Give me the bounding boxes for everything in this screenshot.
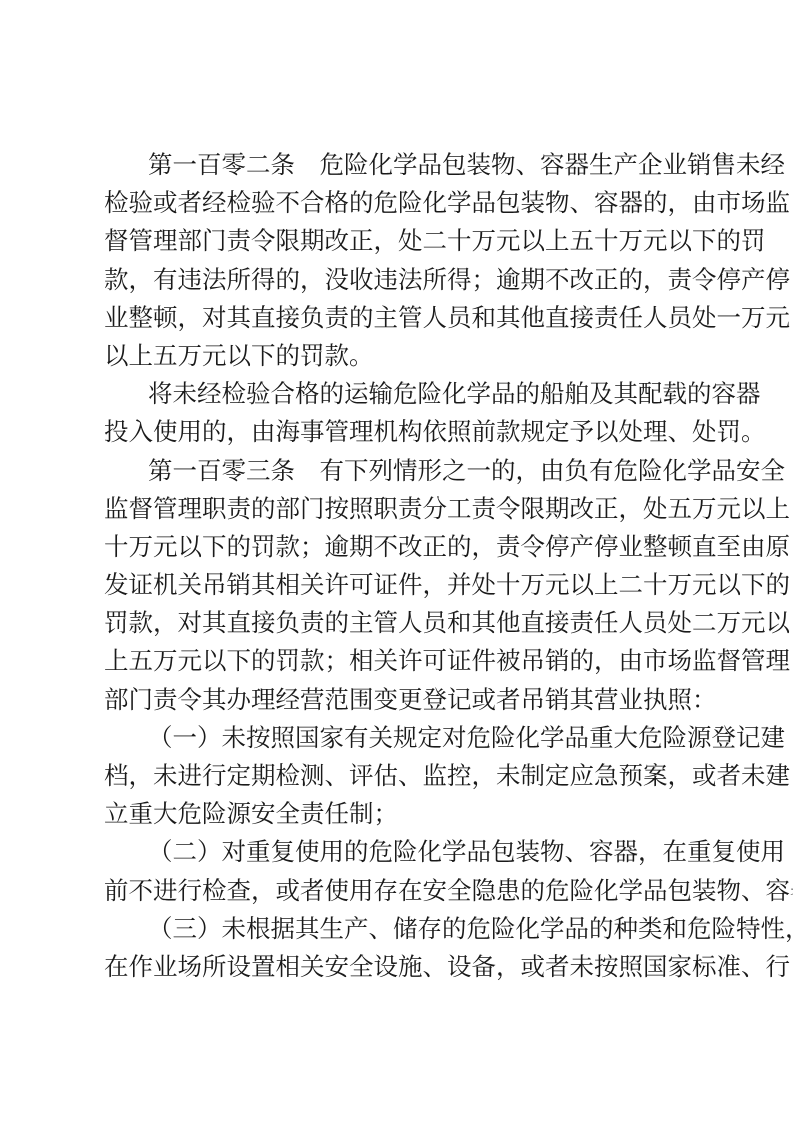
text-line: 发证机关吊销其相关许可证件，并处十万元以上二十万元以下的 — [104, 566, 692, 604]
text-line: 前不进行检查，或者使用存在安全隐患的危险化学品包装物、容器； — [104, 872, 692, 910]
text-line: 业整顿，对其直接负责的主管人员和其他直接责任人员处一万元 — [104, 299, 692, 337]
text-line: 第一百零三条 有下列情形之一的，由负有危险化学品安全 — [104, 452, 692, 490]
text-line: （三）未根据其生产、储存的危险化学品的种类和危险特性， — [104, 910, 692, 948]
text-line: （二）对重复使用的危险化学品包装物、容器，在重复使用 — [104, 833, 692, 871]
list-item-1: （一）未按照国家有关规定对危险化学品重大危险源登记建 档，未进行定期检测、评估、… — [104, 719, 692, 834]
paragraph-article-102-clause-2: 将未经检验合格的运输危险化学品的船舶及其配载的容器 投入使用的，由海事管理机构依… — [104, 375, 692, 451]
text-line: 在作业场所设置相关安全设施、设备，或者未按照国家标准、行 — [104, 948, 692, 986]
text-line: 督管理部门责令限期改正，处二十万元以上五十万元以下的罚 — [104, 222, 692, 260]
document-page: 第一百零二条 危险化学品包装物、容器生产企业销售未经 检验或者经检验不合格的危险… — [104, 146, 692, 986]
text-line: 十万元以下的罚款；逾期不改正的，责令停产停业整顿直至由原 — [104, 528, 692, 566]
text-line: （一）未按照国家有关规定对危险化学品重大危险源登记建 — [104, 719, 692, 757]
text-line: 上五万元以下的罚款；相关许可证件被吊销的，由市场监督管理 — [104, 642, 692, 680]
list-item-2: （二）对重复使用的危险化学品包装物、容器，在重复使用 前不进行检查，或者使用存在… — [104, 833, 692, 909]
text-line: 立重大危险源安全责任制； — [104, 795, 692, 833]
text-line: 检验或者经检验不合格的危险化学品包装物、容器的，由市场监 — [104, 184, 692, 222]
paragraph-article-103: 第一百零三条 有下列情形之一的，由负有危险化学品安全 监督管理职责的部门按照职责… — [104, 452, 692, 719]
text-line: 投入使用的，由海事管理机构依照前款规定予以处理、处罚。 — [104, 413, 692, 451]
text-line: 罚款，对其直接负责的主管人员和其他直接责任人员处二万元以 — [104, 604, 692, 642]
text-line: 部门责令其办理经营范围变更登记或者吊销其营业执照： — [104, 681, 692, 719]
text-line: 档，未进行定期检测、评估、监控，未制定应急预案，或者未建 — [104, 757, 692, 795]
text-line: 款，有违法所得的，没收违法所得；逾期不改正的，责令停产停 — [104, 261, 692, 299]
text-line: 第一百零二条 危险化学品包装物、容器生产企业销售未经 — [104, 146, 692, 184]
text-line: 将未经检验合格的运输危险化学品的船舶及其配载的容器 — [104, 375, 692, 413]
text-line: 监督管理职责的部门按照职责分工责令限期改正，处五万元以上 — [104, 490, 692, 528]
list-item-3: （三）未根据其生产、储存的危险化学品的种类和危险特性， 在作业场所设置相关安全设… — [104, 910, 692, 986]
paragraph-article-102: 第一百零二条 危险化学品包装物、容器生产企业销售未经 检验或者经检验不合格的危险… — [104, 146, 692, 375]
text-line: 以上五万元以下的罚款。 — [104, 337, 692, 375]
